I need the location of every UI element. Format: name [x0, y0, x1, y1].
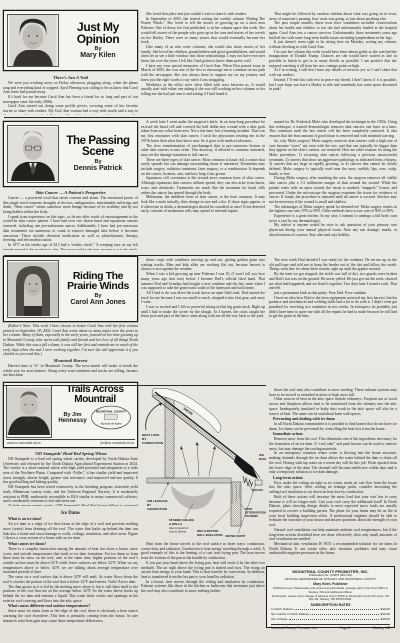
paragraph: A week later I went under the surgeon’s … [141, 120, 265, 144]
paragraph: In September of 2003, she started writin… [141, 17, 265, 45]
paragraph: I’m sure her column this week would have… [269, 50, 397, 69]
north-dakota-shape [104, 414, 117, 419]
headline-trails-across-mountrail: Trails Across Mountrail [55, 385, 135, 404]
section-divider-3 [4, 385, 266, 386]
article-shead: Mountrail Harvest [3, 358, 138, 363]
paragraph: Cancer — a powerful word that raises con… [3, 196, 138, 215]
section-divider-2 [4, 255, 266, 256]
paragraph: Carol Ann started out doing some profile… [3, 104, 138, 115]
paragraph: All I had to do was drive the truck down… [141, 291, 265, 305]
paragraph: Squamous cell carcinoma is the second mo… [141, 176, 265, 195]
paragraph: I have no idea how Dad or the farm equip… [269, 296, 397, 320]
paragraph: It’s hard for me because Carol Ann has b… [3, 95, 138, 104]
paragraph: Melanoma, the deadliest form of skin can… [141, 195, 265, 214]
paragraph: The slow transformation of sun-damaged s… [141, 144, 265, 158]
article-prairie-winds-col3: The next week Dad decided I was ready fo… [269, 258, 397, 384]
heat-loss-arrow [146, 403, 162, 430]
diagram-label: DAM [259, 457, 266, 461]
paragraph: In a house, heat moves through the ceili… [141, 580, 265, 594]
article-skin-cancer-col3: named for Dr. Frederick Mohs who develop… [269, 120, 397, 253]
county-website-url: www.co.mountrail.nd.us [7, 441, 41, 445]
paragraph: If you put your hand above the frying pa… [141, 561, 265, 580]
paragraph: First, make the ceiling air tight so no … [269, 481, 397, 495]
article-ice-dams-col2: Heat from the house travels to the roof … [141, 542, 265, 642]
newspaper-page: Just My Opinion By Mary Kilen There’s Ju… [0, 0, 400, 643]
article-skin-cancer-col1: Skin Cancer — A Patient’s PerspectiveCan… [3, 189, 138, 250]
paragraph: The dam grows as it is fed by the meltin… [3, 585, 138, 604]
article-chead: Ice Dams [3, 511, 138, 517]
mary-kilen-photo [7, 14, 59, 67]
article-skin-cancer-col2: A week later I went under the surgeon’s … [141, 120, 265, 253]
article-shead: ‘ND Stampede’ Hard Red Spring Wheat [3, 451, 138, 456]
convection-arrows [180, 442, 216, 476]
article-ice-dams-col3: down the roof may also contribute to sno… [269, 388, 397, 564]
diagram-label: WALL INSULATION [197, 533, 223, 537]
paragraph: There are three types of skin cancer. Mo… [141, 158, 265, 177]
paragraph: We were just working away on Friday afte… [3, 81, 138, 95]
headline-just-my-opinion: Just My Opinion [62, 22, 134, 45]
article-just-my-opinion-col3: That might be followed by random chitcha… [269, 12, 397, 115]
column-header-trails-across-mountrail: Trails Across Mountrail By Jim Hennessy … [3, 382, 138, 448]
dotted-leader [294, 607, 379, 610]
paragraph: ND Stampede is a hard red spring wheat v… [3, 457, 138, 485]
ice-dam-shape [234, 455, 258, 479]
paragraph: In an emergency situation where water is… [269, 451, 397, 475]
paragraph: I speak from experience on this topic, s… [3, 215, 138, 243]
promoter-info-box: MOUNTRAIL COUNTY PROMOTER, INC. Publicat… [266, 566, 395, 628]
paragraph: Weekdays at the office were often filled… [141, 83, 265, 97]
paragraph: As I’m writing, I still don’t have any d… [269, 68, 397, 77]
article-prairie-winds-col2: down crops with combines moving up and o… [141, 258, 265, 384]
footer-city: Stanley, ND [373, 626, 390, 630]
paragraph: She loved that place and just couldn’t w… [141, 12, 265, 17]
page-number: Page 2 [340, 626, 350, 630]
diagram-label: mold & mildew) [169, 531, 186, 534]
article-shead: Skin Cancer — A Patient’s Perspective [3, 190, 138, 195]
paragraph: That might be followed by random chitcha… [269, 12, 397, 21]
paragraph: So, why Mohs surgery? Mohs surgery remov… [269, 139, 397, 177]
author-carol-ann-jones: Carol Ann Jones [70, 299, 125, 306]
headline-the-passing-scene: The Passing Scene [62, 136, 134, 158]
diagram-label: ICICLES [252, 488, 263, 492]
paragraph: Remove snow from the roof. This eliminat… [269, 437, 397, 451]
diagram-label: CONVECTION [147, 507, 167, 511]
paragraph: During Mohs surgery, after numbing the a… [269, 176, 397, 204]
paragraph: Experience is a great teacher. In my cas… [269, 214, 397, 223]
paragraph: My advice is anyone would be wise to ask… [269, 223, 397, 237]
paragraph: The advantages of Mohs surgery speak for… [269, 205, 397, 214]
subscription-rate-row: Out of State $45.00 [271, 617, 390, 622]
paragraph: down crops with combines moving up and o… [141, 258, 265, 272]
agent-email: jim@co.mountrail.nd.us [101, 441, 134, 445]
dotted-leader [289, 617, 379, 620]
paragraph: Other sources of heat in the attic space… [269, 397, 397, 416]
paragraph: The next week Dad decided I was ready fo… [269, 258, 397, 272]
author-jim-hennessy: Hennessy [58, 418, 86, 424]
column-1: Just My Opinion By Mary Kilen There’s Ju… [3, 10, 138, 636]
ice-dam-house-diagram: HEAT LOSS BY CONDUCTION SNOW ICE DAM ICI… [139, 388, 273, 538]
paragraph: In 1977 at the tender age of 34 I had a … [3, 243, 138, 250]
ceiling-insulation [147, 478, 231, 483]
article-prairie-winds-col1: (Editor’s Note: This week I have chosen … [3, 324, 138, 376]
paragraph: In all North Dakota communities it is po… [269, 422, 397, 431]
column-header-riding-the-prairie-winds: Riding The Prairie Winds By Carol Ann Jo… [3, 256, 138, 322]
headline-riding-the-prairie-winds: Riding The Prairie Winds [62, 272, 134, 292]
paragraph: named for Dr. Frederick Mohs who develop… [269, 120, 397, 139]
stamp-bottom-text: Agricultural Agent [99, 422, 121, 426]
footer-publication: Mountrail County Promoter, Inc. [271, 626, 317, 630]
column-3: That might be followed by random chitcha… [269, 12, 397, 564]
official-newspaper-line: OFFICIAL NEWSPAPER OF STANLEY AND MOUNTR… [271, 578, 390, 582]
carol-ann-jones-photo [7, 260, 59, 318]
paragraph: When I was a kid growing up near Palermo… [141, 272, 265, 291]
paragraph: Heat from the house travels to the roof … [141, 542, 265, 561]
water-stain [171, 485, 215, 509]
paragraph: I was so excited and I felt so powerful … [141, 305, 265, 319]
icicles-shape [243, 476, 253, 486]
stamp-top-text: MOUNTRAIL COUNTY [96, 409, 126, 413]
paragraph: Natural roof ventilation can help mainta… [269, 528, 397, 542]
paragraph: The snow on a roof surface that is above… [3, 575, 138, 584]
paragraph: Mechanical attic ventilation IS NOT a re… [269, 542, 397, 556]
postmaster-statement: Postmaster: please send change of addres… [271, 595, 390, 602]
author-dennis-patrick: Dennis Patrick [74, 165, 123, 172]
dotted-leader [310, 612, 379, 615]
author-mary-kilen: Mary Kilen [80, 52, 115, 59]
mountrail-county-agent-stamp: MOUNTRAIL COUNTY Agricultural Agent [90, 405, 132, 430]
paragraph: Harvest time is “it” in Mountrail County… [3, 364, 138, 376]
paragraph: By the time we got stopped, the sickle w… [269, 272, 397, 291]
paragraph: To help ensure genetic purity, “ND Stamp… [3, 504, 138, 506]
paragraph: ND Stampede has been tested extensively … [3, 485, 138, 504]
paragraph: It just doesn’t seem right to be sitting… [269, 40, 397, 49]
column-2: She loved that place and just couldn’t w… [141, 12, 265, 642]
article-just-my-opinion-col2: She loved that place and just couldn’t w… [141, 12, 265, 115]
article-nd-stampede-col1: ‘ND Stampede’ Hard Red Spring WheatND St… [3, 450, 138, 506]
dennis-patrick-photo [7, 125, 59, 183]
diagram-label: & WALLS [169, 522, 182, 526]
column-header-the-passing-scene: The Passing Scene By Dennis Patrick [3, 121, 138, 187]
section-divider-1 [4, 117, 266, 118]
column-header-just-my-opinion: Just My Opinion By Mary Kilen [3, 10, 138, 71]
paragraph: Both of these actions will increase the … [269, 495, 397, 528]
rate-price: $45.00 [381, 617, 390, 621]
diagram-label: ON SIDING [245, 515, 258, 518]
article-shead: There’s Just A Void [3, 75, 138, 80]
article-just-my-opinion-col1: There’s Just A VoidWe were just working … [3, 74, 138, 115]
diagram-label: CONDUCTION [142, 441, 164, 445]
paragraph: An ice dam is a ridge of ice that forms … [3, 522, 138, 541]
paragraph: I have my own special memories of Carol … [141, 64, 265, 83]
diagram-label: VENTED SOFFIT [225, 534, 246, 538]
paragraph: down the roof may also contribute to sno… [269, 388, 397, 397]
article-ice-dams-col1: Ice DamsWhat is an ice dam?An ice dam is… [3, 509, 138, 636]
rate-label: Out of State [271, 617, 288, 621]
paragraph: There is a complex interaction among the… [3, 547, 138, 575]
article-note: (Editor’s Note: This week I have chosen … [3, 324, 138, 357]
paragraph: Like many of us who write columns, she w… [141, 45, 265, 64]
paragraph: Instead, I’ll end this with rest in peac… [269, 78, 397, 92]
paragraph: The past couple months, those texts have… [269, 21, 397, 40]
jim-hennessy-photo [6, 385, 52, 438]
paragraph: Since most ice dams form at the edge of … [3, 609, 138, 623]
